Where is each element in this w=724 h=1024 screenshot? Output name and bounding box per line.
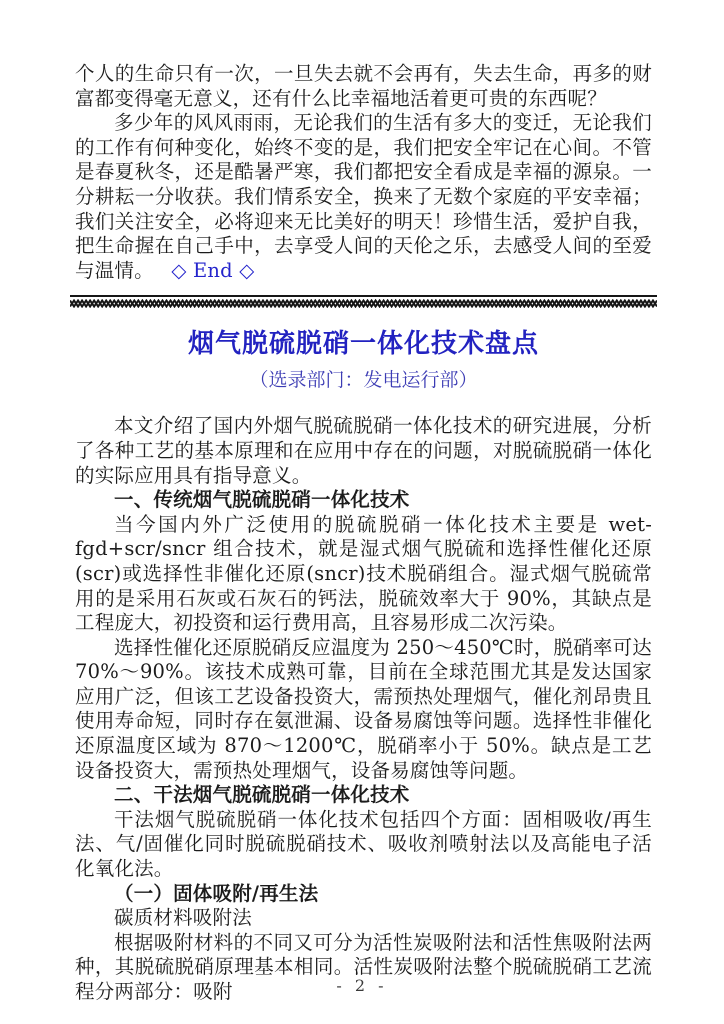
- page-content: 个人的生命只有一次，一旦失去就不会再有，失去生命，再多的财富都变得毫无意义，还有…: [0, 0, 724, 1005]
- zigzag-border-icon: [70, 299, 657, 308]
- prev-article-section: 个人的生命只有一次，一旦失去就不会再有，失去生命，再多的财富都变得毫无意义，还有…: [75, 62, 652, 283]
- article-subtitle: （选录部门：发电运行部）: [75, 368, 652, 392]
- section-heading: 二、干法烟气脱硫脱硝一体化技术: [75, 783, 652, 808]
- end-marker: ◇ End ◇: [171, 259, 254, 282]
- section-heading: 一、传统烟气脱硫脱硝一体化技术: [75, 488, 652, 513]
- paragraph: 选择性催化还原脱硝反应温度为 250～450℃时，脱硝率可达 70%～90%。该…: [75, 636, 652, 784]
- article-title: 烟气脱硫脱硝一体化技术盘点: [75, 328, 652, 360]
- paragraph-text: 多少年的风风雨雨，无论我们的生活有多大的变迁，无论我们的工作有何种变化，始终不变…: [75, 111, 652, 282]
- paragraph: 当今国内外广泛使用的脱硫脱硝一体化技术主要是 wet-fgd+scr/sncr …: [75, 513, 652, 636]
- subsection-heading: （一）固体吸附/再生法: [75, 882, 652, 907]
- article-body: 本文介绍了国内外烟气脱硫脱硝一体化技术的研究进展，分析了各种工艺的基本原理和在应…: [75, 414, 652, 1004]
- paragraph: 碳质材料吸附法: [75, 906, 652, 931]
- paragraph: 多少年的风风雨雨，无论我们的生活有多大的变迁，无论我们的工作有何种变化，始终不变…: [75, 111, 652, 283]
- paragraph: 干法烟气脱硫脱硝一体化技术包括四个方面：固相吸收/再生法、气/固催化同时脱硫脱硝…: [75, 808, 652, 882]
- paragraph: 个人的生命只有一次，一旦失去就不会再有，失去生命，再多的财富都变得毫无意义，还有…: [75, 62, 652, 111]
- document-page: 个人的生命只有一次，一旦失去就不会再有，失去生命，再多的财富都变得毫无意义，还有…: [0, 0, 724, 1024]
- section-divider: [70, 295, 657, 308]
- paragraph: 本文介绍了国内外烟气脱硫脱硝一体化技术的研究进展，分析了各种工艺的基本原理和在应…: [75, 414, 652, 488]
- page-number: - 2 -: [0, 978, 724, 994]
